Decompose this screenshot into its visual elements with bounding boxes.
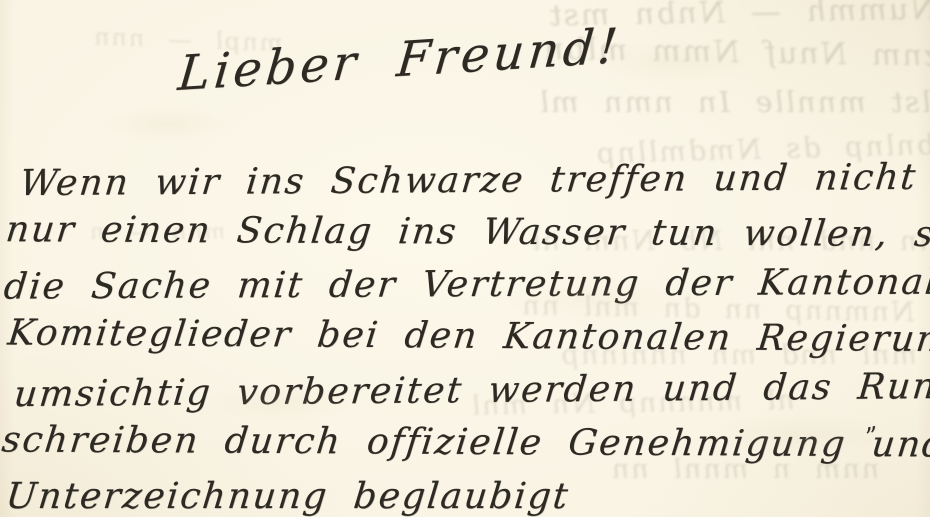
body-line-2: nur einen Schlag ins Wasser tun wollen, … [4,212,930,254]
body-line-4: Komiteglieder bei den Kantonalen Regieru… [6,315,930,358]
body-line-3: die Sache mit der Vertretung der Kantona… [2,264,930,305]
letter-scan-page: nmn aud der Nummh — Nnbn mst hmnp de znm… [0,0,930,517]
body-line-7: Unterzeichnung beglaubigt [4,479,571,515]
body-line-1: Wenn wir ins Schwarze treffen und nicht [18,160,918,202]
bleedthrough-line: lnbn hmd, lst mnnlle In nmn ml [537,88,930,117]
body-line-5: umsichtig vorbereitet werden und das Run… [12,369,930,413]
body-line-6: schreiben durch offizielle Genehmigung u… [0,423,930,464]
